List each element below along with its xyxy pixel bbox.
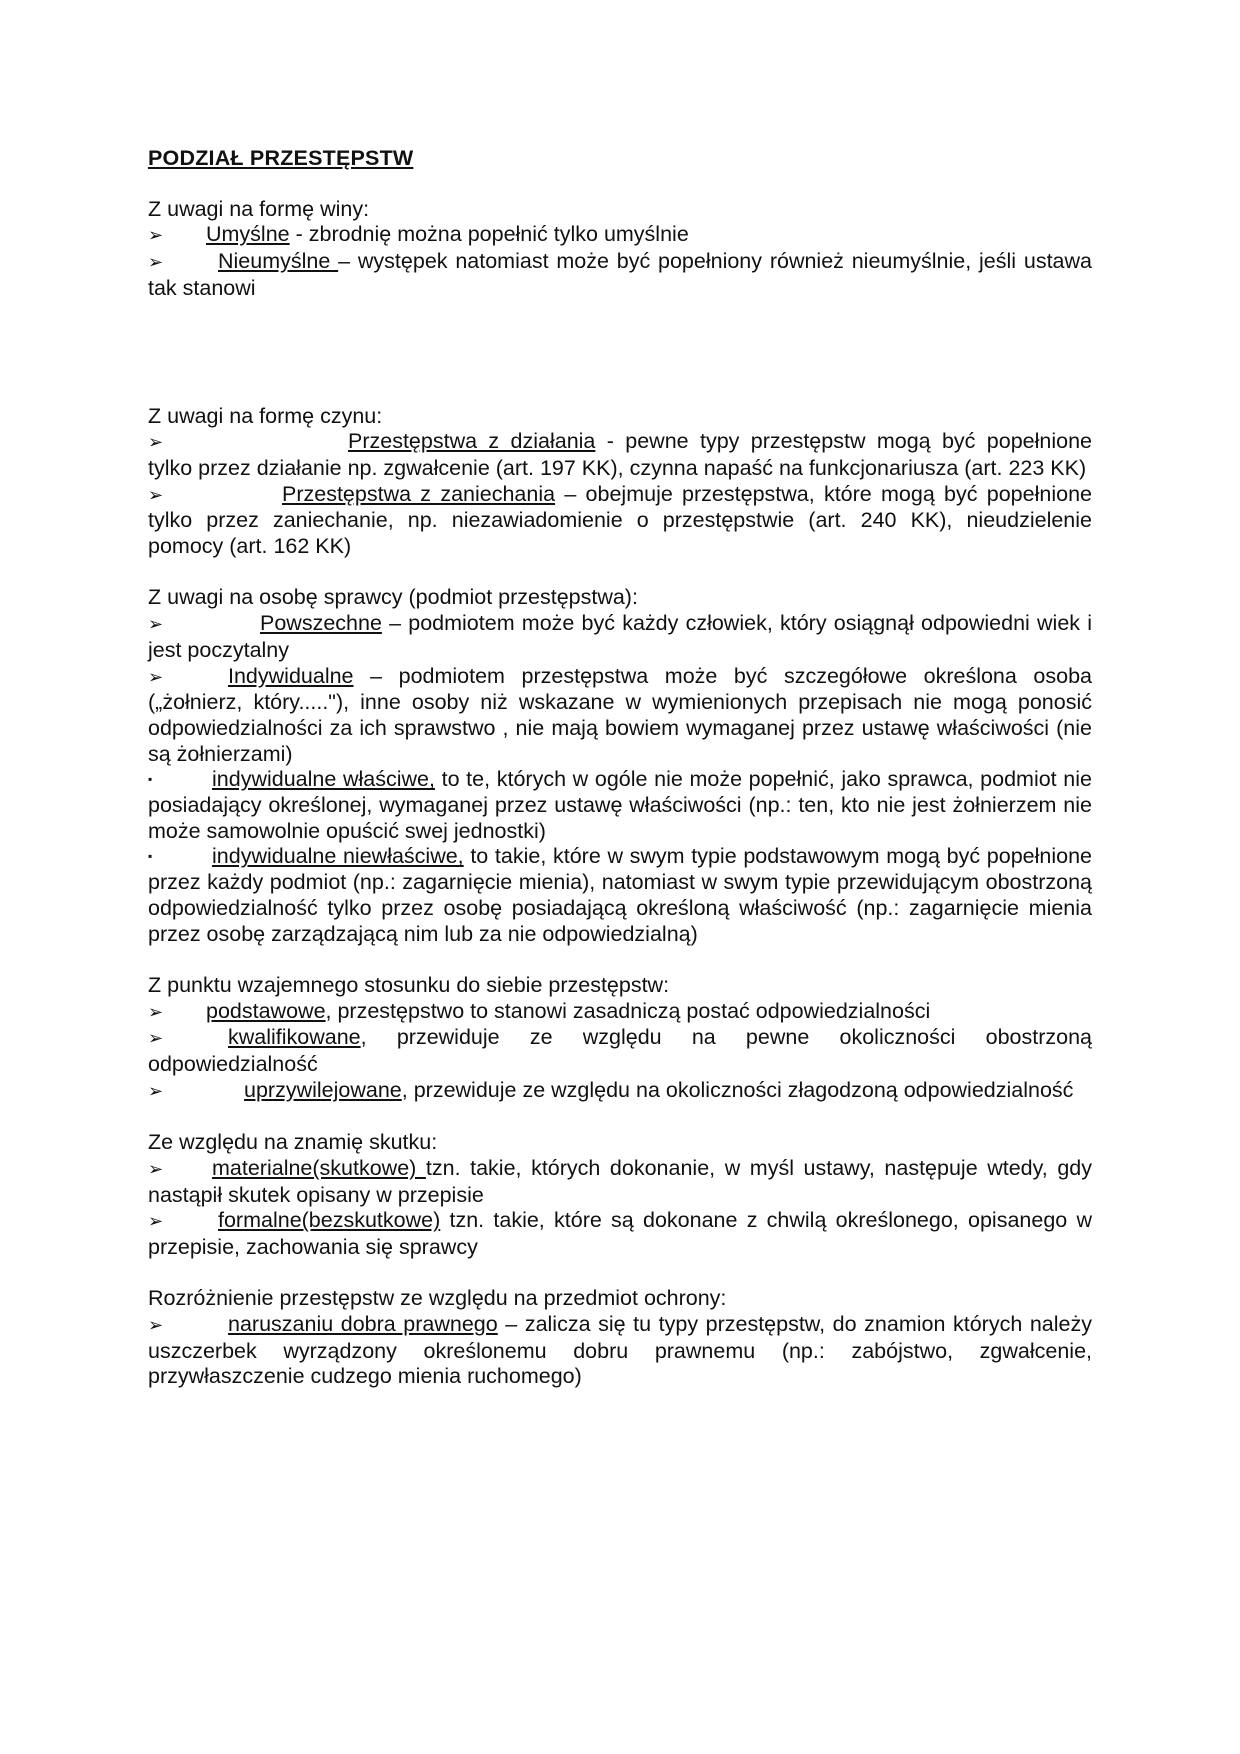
arrow-bullet-icon: ➢ <box>148 1313 172 1339</box>
arrow-bullet-icon: ➢ <box>148 223 172 249</box>
section-perpetrator: Z uwagi na osobę sprawcy (podmiot przest… <box>148 585 1092 947</box>
arrow-bullet-icon: ➢ <box>148 1000 172 1026</box>
list-item: ➢formalne(bezskutkowe) tzn. takie, które… <box>148 1208 1092 1260</box>
arrow-bullet-icon: ➢ <box>148 430 172 456</box>
arrow-bullet-icon: ➢ <box>148 483 172 509</box>
list-item: ➢Umyślne - zbrodnię można popełnić tylko… <box>148 222 1092 249</box>
list-item: ▪indywidualne właściwe, to te, których w… <box>148 767 1092 844</box>
item-text: - zbrodnię można popełnić tylko umyślnie <box>290 222 689 246</box>
arrow-bullet-icon: ➢ <box>148 665 172 691</box>
section-heading: Z uwagi na formę winy: <box>148 197 1092 223</box>
item-text: , przewiduje ze względu na okoliczności … <box>402 1078 1074 1102</box>
list-item: ➢kwalifikowane, przewiduje ze względu na… <box>148 1025 1092 1077</box>
term: Indywidualne <box>228 664 354 688</box>
section-heading: Rozróżnienie przestępstw ze względu na p… <box>148 1286 1092 1312</box>
term: Przestępstwa z działania <box>348 429 595 453</box>
section-heading: Ze względu na znamię skutku: <box>148 1130 1092 1156</box>
term: uprzywilejowane <box>244 1078 402 1102</box>
list-item: ➢Przestępstwa z działania - pewne typy p… <box>148 429 1092 481</box>
arrow-bullet-icon: ➢ <box>148 612 172 638</box>
term: formalne(bezskutkowe) <box>218 1208 440 1232</box>
section-effect: Ze względu na znamię skutku: ➢materialne… <box>148 1130 1092 1261</box>
list-item: ➢Powszechne – podmiotem może być każdy c… <box>148 611 1092 663</box>
list-item: ➢naruszaniu dobra prawnego – zalicza się… <box>148 1312 1092 1390</box>
term: podstawowe <box>206 999 326 1023</box>
arrow-bullet-icon: ➢ <box>148 1026 172 1052</box>
section-form-of-guilt: Z uwagi na formę winy: ➢Umyślne - zbrodn… <box>148 197 1092 302</box>
list-item: ➢materialne(skutkowe) tzn. takie, któryc… <box>148 1156 1092 1208</box>
term: indywidualne niewłaściwe, <box>212 844 464 868</box>
term: Powszechne <box>260 611 382 635</box>
arrow-bullet-icon: ➢ <box>148 1157 172 1183</box>
document-title: PODZIAŁ PRZESTĘPSTW <box>148 146 1092 172</box>
section-heading: Z uwagi na formę czynu: <box>148 404 1092 430</box>
arrow-bullet-icon: ➢ <box>148 1209 172 1235</box>
list-item: ➢podstawowe, przestępstwo to stanowi zas… <box>148 999 1092 1026</box>
item-text: - pewne typy przestępstw mogą być popełn… <box>148 429 1092 480</box>
section-heading: Z punktu wzajemnego stosunku do siebie p… <box>148 973 1092 999</box>
arrow-bullet-icon: ➢ <box>148 250 172 276</box>
list-item: ➢Indywidualne – podmiotem przestępstwa m… <box>148 664 1092 768</box>
square-bullet-icon: ▪ <box>148 767 172 793</box>
term: kwalifikowane <box>228 1025 361 1049</box>
list-item: ➢uprzywilejowane, przewiduje ze względu … <box>148 1078 1092 1105</box>
section-form-of-act: Z uwagi na formę czynu: ➢Przestępstwa z … <box>148 404 1092 560</box>
item-text: , przestępstwo to stanowi zasadniczą pos… <box>326 999 931 1023</box>
section-heading: Z uwagi na osobę sprawcy (podmiot przest… <box>148 585 1092 611</box>
term: Umyślne <box>206 222 290 246</box>
term: Przestępstwa z zaniechania <box>282 482 555 506</box>
term: Nieumyślne <box>218 249 338 273</box>
square-bullet-icon: ▪ <box>148 844 172 870</box>
section-protected-object: Rozróżnienie przestępstw ze względu na p… <box>148 1286 1092 1390</box>
list-item: ▪indywidualne niewłaściwe, to takie, któ… <box>148 844 1092 947</box>
term: naruszaniu dobra prawnego <box>228 1312 498 1336</box>
section-mutual-relation: Z punktu wzajemnego stosunku do siebie p… <box>148 973 1092 1105</box>
list-item: ➢Przestępstwa z zaniechania – obejmuje p… <box>148 482 1092 560</box>
term: indywidualne właściwe, <box>212 767 435 791</box>
arrow-bullet-icon: ➢ <box>148 1079 172 1105</box>
document-page: PODZIAŁ PRZESTĘPSTW Z uwagi na formę win… <box>148 146 1092 1416</box>
list-item: ➢Nieumyślne – występek natomiast może by… <box>148 249 1092 301</box>
term: materialne(skutkowe) <box>212 1156 426 1180</box>
